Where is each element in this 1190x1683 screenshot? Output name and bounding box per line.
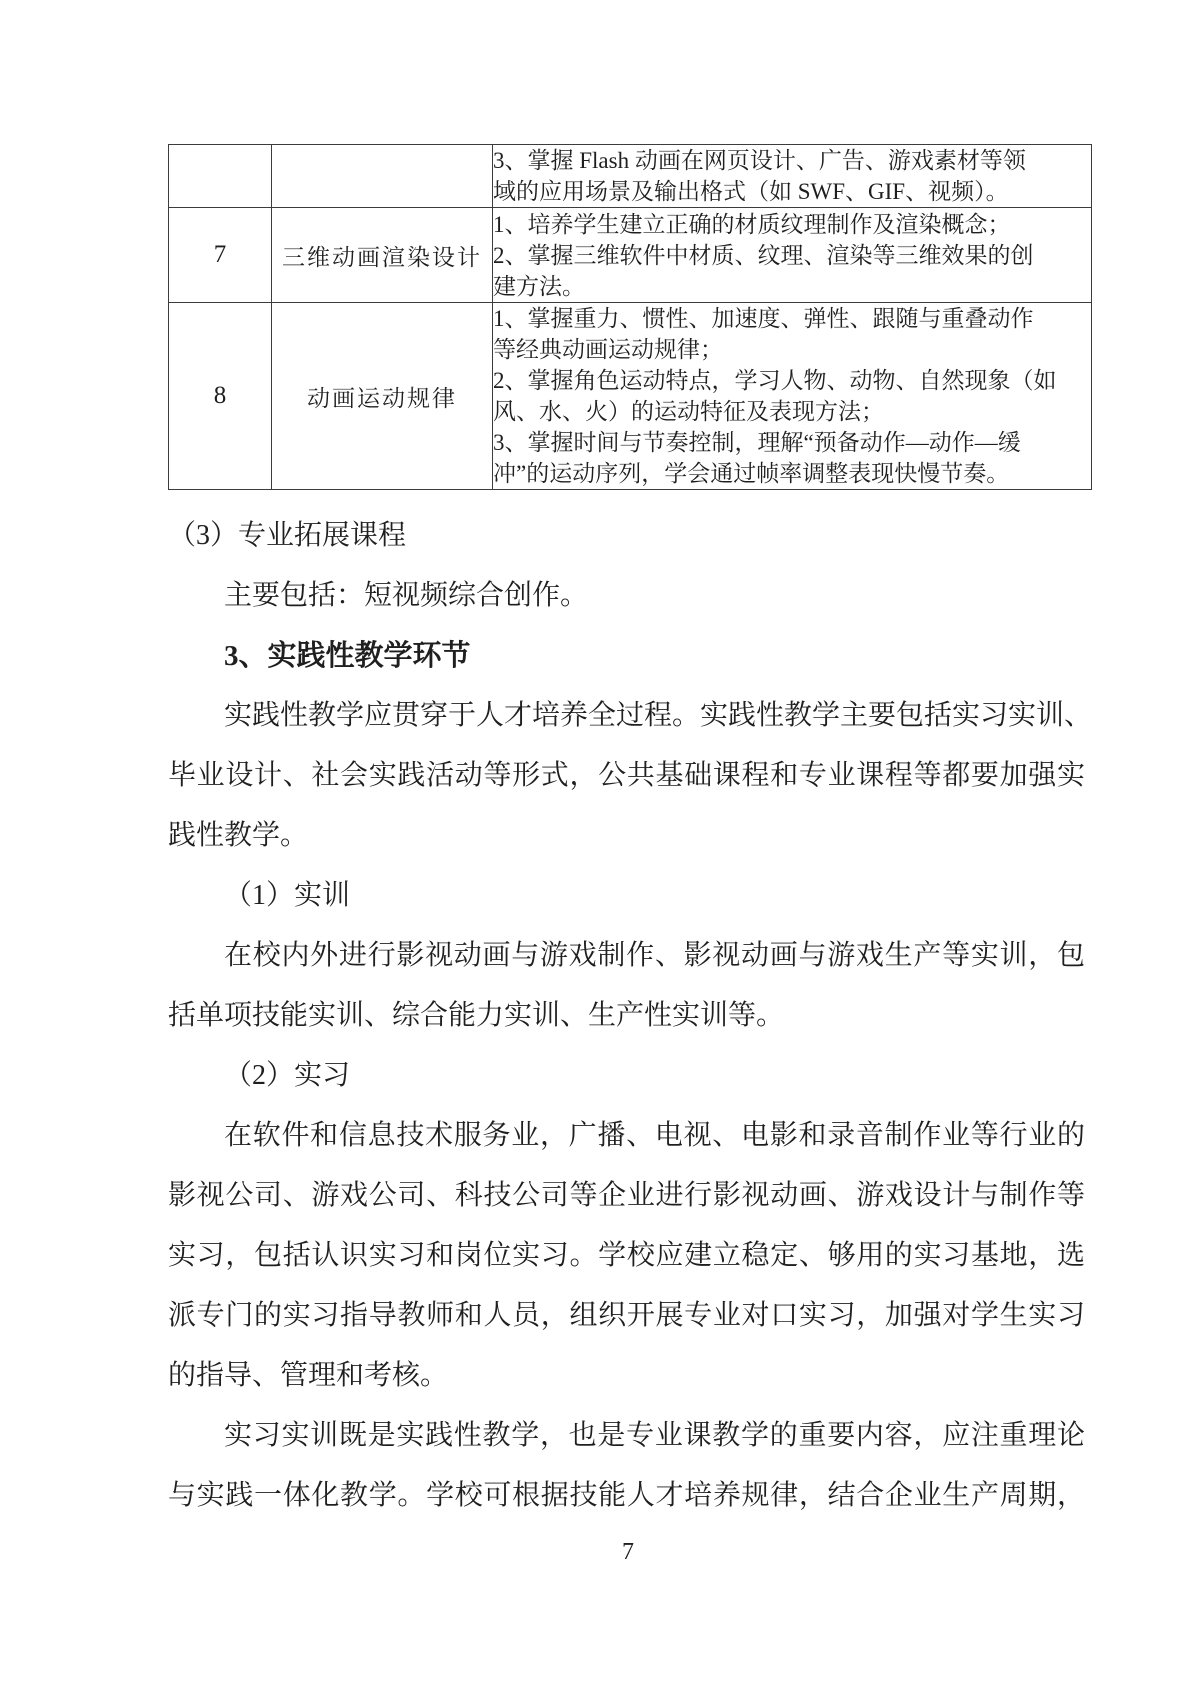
table-cell-content: 1、培养学生建立正确的材质纹理制作及渲染概念；2、掌握三维软件中材质、纹理、渲染… (493, 208, 1092, 303)
page-content-area: 3、掌握 Flash 动画在网页设计、广告、游戏素材等领域的应用场景及输出格式（… (168, 144, 1088, 1526)
content-line: （1）实训 (168, 866, 1085, 926)
content-line: 实习，包括认识实习和岗位实习。学校应建立稳定、够用的实习基地，选 (168, 1226, 1085, 1286)
content-line: 在校内外进行影视动画与游戏制作、影视动画与游戏生产等实训，包 (168, 926, 1085, 986)
table-cell-content: 1、掌握重力、惯性、加速度、弹性、跟随与重叠动作等经典动画运动规律；2、掌握角色… (493, 303, 1092, 490)
table-content-line: 2、掌握三维软件中材质、纹理、渲染等三维效果的创 (493, 240, 1091, 271)
table-content-line: 1、培养学生建立正确的材质纹理制作及渲染概念； (493, 209, 1091, 240)
content-line: 的指导、管理和考核。 (168, 1346, 1085, 1406)
table-row: 3、掌握 Flash 动画在网页设计、广告、游戏素材等领域的应用场景及输出格式（… (169, 145, 1092, 208)
table-cell-number: 8 (169, 303, 272, 490)
content-line: 实习实训既是实践性教学，也是专业课教学的重要内容，应注重理论 (168, 1406, 1085, 1466)
table-content-line: 1、掌握重力、惯性、加速度、弹性、跟随与重叠动作 (493, 303, 1091, 334)
table-row: 8动画运动规律1、掌握重力、惯性、加速度、弹性、跟随与重叠动作等经典动画运动规律… (169, 303, 1092, 490)
section-3-subheading: （3）专业拓展课程 (168, 506, 1085, 566)
paragraph-main-include: 主要包括：短视频综合创作。 (168, 566, 1085, 626)
content-line: 派专门的实习指导教师和人员，组织开展专业对口实习，加强对学生实习 (168, 1286, 1085, 1346)
table-cell-content: 3、掌握 Flash 动画在网页设计、广告、游戏素材等领域的应用场景及输出格式（… (493, 145, 1092, 208)
subheading-shixi: （2）实习 (168, 1046, 1085, 1106)
content-line: 实践性教学应贯穿于人才培养全过程。实践性教学主要包括实习实训、 (168, 686, 1085, 746)
table-content-line: 2、掌握角色运动特点，学习人物、动物、自然现象（如 (493, 365, 1091, 396)
subheading-shixun: （1）实训 (168, 866, 1085, 926)
course-table: 3、掌握 Flash 动画在网页设计、广告、游戏素材等领域的应用场景及输出格式（… (168, 144, 1092, 490)
table-row: 7三维动画渲染设计1、培养学生建立正确的材质纹理制作及渲染概念；2、掌握三维软件… (169, 208, 1092, 303)
table-cell-number (169, 145, 272, 208)
content-line: 主要包括：短视频综合创作。 (168, 566, 1085, 626)
content-line: 括单项技能实训、综合能力实训、生产性实训等。 (168, 986, 1085, 1046)
document-body: （3）专业拓展课程主要包括：短视频综合创作。3、实践性教学环节实践性教学应贯穿于… (168, 506, 1085, 1526)
content-line: 影视公司、游戏公司、科技公司等企业进行影视动画、游戏设计与制作等 (168, 1166, 1085, 1226)
content-line: 在软件和信息技术服务业，广播、电视、电影和录音制作业等行业的 (168, 1106, 1085, 1166)
content-line: （2）实习 (168, 1046, 1085, 1106)
page-number: 7 (168, 1532, 1088, 1572)
table-content-line: 等经典动画运动规律； (493, 334, 1091, 365)
content-line: 践性教学。 (168, 806, 1085, 866)
table-content-line: 风、水、火）的运动特征及表现方法； (493, 396, 1091, 427)
paragraph-shixi: 在软件和信息技术服务业，广播、电视、电影和录音制作业等行业的影视公司、游戏公司、… (168, 1106, 1085, 1406)
section-heading-practical-teaching: 3、实践性教学环节 (168, 626, 1085, 686)
content-line: 毕业设计、社会实践活动等形式，公共基础课程和专业课程等都要加强实 (168, 746, 1085, 806)
paragraph-practical-overview: 实践性教学应贯穿于人才培养全过程。实践性教学主要包括实习实训、毕业设计、社会实践… (168, 686, 1085, 866)
paragraph-shixun: 在校内外进行影视动画与游戏制作、影视动画与游戏生产等实训，包括单项技能实训、综合… (168, 926, 1085, 1046)
table-content-line: 建方法。 (493, 271, 1091, 302)
paragraph-shixi-shixun-summary: 实习实训既是实践性教学，也是专业课教学的重要内容，应注重理论与实践一体化教学。学… (168, 1406, 1085, 1526)
table-content-line: 3、掌握时间与节奏控制，理解“预备动作—动作—缓 (493, 427, 1091, 458)
content-line: （3）专业拓展课程 (168, 506, 1085, 566)
table-cell-course-name (272, 145, 493, 208)
table-cell-number: 7 (169, 208, 272, 303)
table-content-line: 域的应用场景及输出格式（如 SWF、GIF、视频）。 (493, 176, 1091, 207)
table-content-line: 3、掌握 Flash 动画在网页设计、广告、游戏素材等领 (493, 145, 1091, 176)
table-content-line: 冲”的运动序列，学会通过帧率调整表现快慢节奏。 (493, 458, 1091, 489)
section-heading-line: 3、实践性教学环节 (168, 626, 1085, 686)
table-cell-course-name: 三维动画渲染设计 (272, 208, 493, 303)
content-line: 与实践一体化教学。学校可根据技能人才培养规律，结合企业生产周期， (168, 1466, 1085, 1526)
document-page: { "table": { "border_color": "#3c3c3c", … (0, 0, 1190, 1683)
table-cell-course-name: 动画运动规律 (272, 303, 493, 490)
